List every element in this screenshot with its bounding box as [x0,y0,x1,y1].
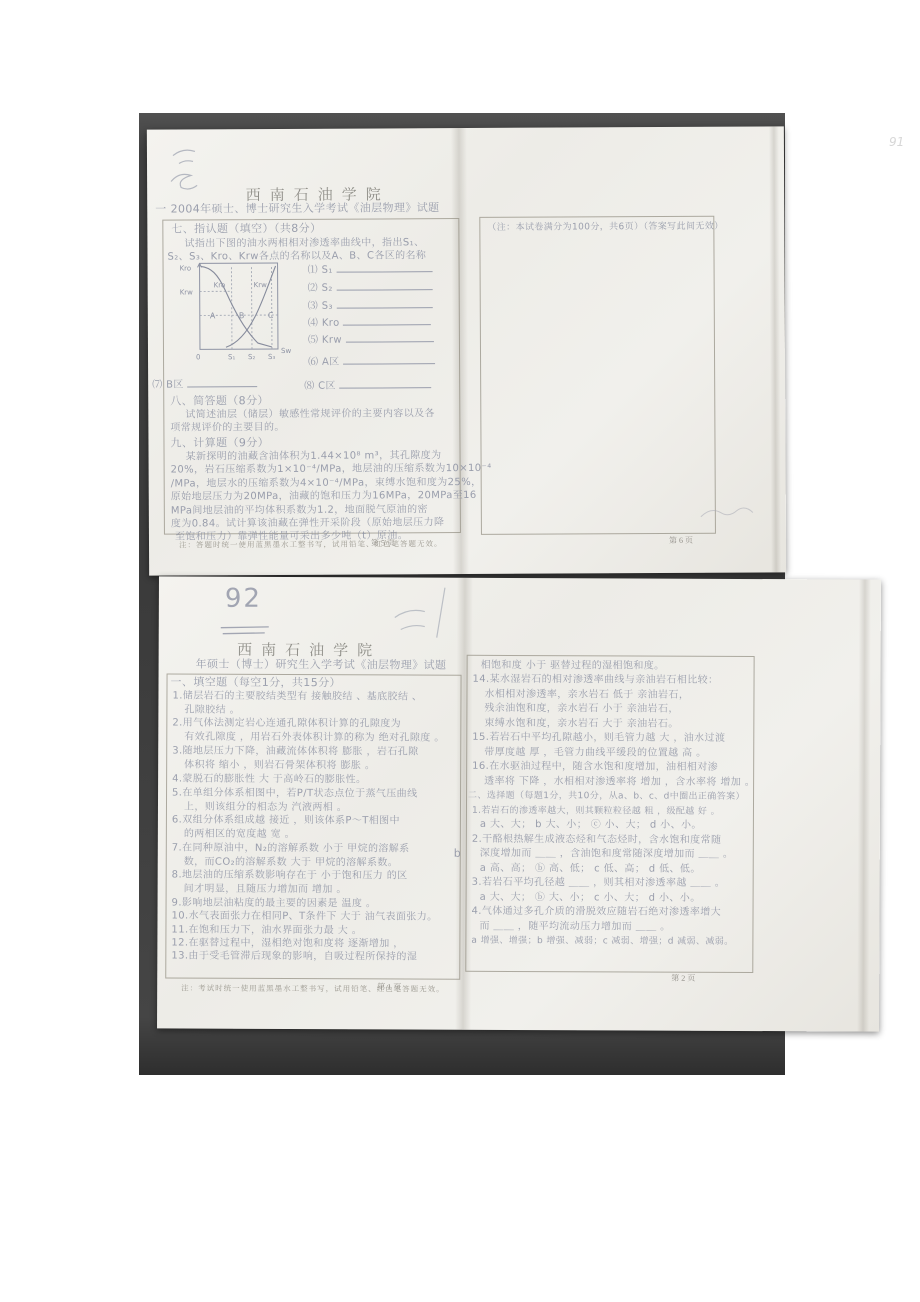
q9-line4: 原始地层压力为20MPa，油藏的饱和压力为16MPa，20MPa至16 [171,490,477,504]
blank-line [340,378,432,388]
choice-line: 2.干酪根热解生成液态烃和气态烃时，含水饱和度常随 [472,834,722,847]
q8-line2: 项常规评价的主要目的。 [170,422,284,435]
fill-line: 间才明显，且随压力增加而 增加 。 [184,884,347,897]
sheet-footer-note: 注：考试时统一使用蓝黑墨水工整书写，试用铅笔、红色笔答题无效。 [181,983,445,995]
q9-line1: 某新探明的油藏含油体积为1.44×10⁸ m³，其孔隙度为 [186,450,442,463]
graph-region-b: B [239,311,245,320]
fill-line: 15.若岩石中平均孔隙越小，则毛管力越 大 ，油水过渡 [472,732,725,745]
relative-permeability-graph: Kro Krw Kro Krw A B C 0 S₁ S₂ S₃ Sw [178,257,305,370]
q9-line5: MPa间地层油的平均体积系数为1.2，地面脱气原油的密 [171,504,428,517]
choice-options: a 高、高； ⓑ 高、低； c 低、高； d 低、低。 [480,863,701,876]
choice-options: a 大、大； ⓑ 大、小； c 小、大； d 小、小。 [480,892,701,905]
scanned-exam-composite: 91 西南石油学院 一 2004年硕士、博士研究生入学考试《油层物理》试题 七、… [0,0,920,1302]
fill-line: 5.在单组分体系相图中，若P/T状态点位于蒸气压曲线 [172,787,418,800]
choice-line: 而 ＿＿ ，随平均流动压力增加而 ＿＿ 。 [479,921,670,934]
graph-x0: 0 [196,353,201,361]
pencil-scribble [385,583,475,643]
graph-xlabel: Sw [281,347,291,355]
choice-line: 3.若岩石平均孔径越 ＿＿ ，则其相对渗透率越 ＿＿ 。 [472,877,726,890]
q8-heading: 八、简答题（8分） [170,395,269,408]
fill-line: 孔隙胶结 。 [184,705,240,717]
exam-subtitle: 年硕士（博士）研究生入学考试《油层物理》试题 [196,659,447,672]
margin-mark: b [454,848,461,860]
right-answer-box [479,216,716,535]
graph-ytick-krw: Krw [180,288,194,296]
graph-region-c: C [268,311,274,320]
graph-xtick-s3: S₃ [268,353,275,361]
fill-line: 水相相对渗透率，亲水岩石 低于 亲油岩石， [484,689,689,702]
blank-line [343,354,435,364]
choice-line: 4.气体通过多孔介质的滑脱效应随岩石绝对渗透率增大 [472,906,722,919]
q9-heading: 九、计算题（9分） [170,437,269,450]
graph-xtick-s1: S₁ [228,353,235,361]
fill-line: 上，则该组分的相态为 汽液两相 。 [184,802,347,815]
fill-line: 相饱和度 小于 驱替过程的湿相饱和度。 [481,660,665,673]
graph-curve-label-kro: Kro [214,281,226,289]
score-mark: 92 [225,593,262,605]
q9-line3: /MPa，地层水的压缩系数为4×10⁻⁴/MPa，束缚水饱和度为25%， [171,477,482,491]
pencil-scribble [697,498,757,528]
fill-line: 带厚度越 厚 ，毛管力曲线平缓段的位置越 高 。 [484,747,706,760]
fill-line: 16.在水驱油过程中，随含水饱和度增加，油相相对渗 [472,761,718,774]
scanned-sheet-top: 西南石油学院 一 2004年硕士、博士研究生入学考试《油层物理》试题 七、指认题… [147,126,786,575]
fill-line: 4.蒙脱石的膨胀性 大 于高岭石的膨胀性。 [172,773,366,786]
graph-curve-label-krw: Krw [254,281,268,289]
fill-line: 9.影响地层油粘度的最主要的因素是 温度 。 [172,897,377,910]
sheet-footer-note: 注：答题时统一使用蓝黑墨水工整书写，试用铅笔、红色笔答题无效。 [179,538,443,550]
blank-line [343,315,431,325]
exam-subtitle: 一 2004年硕士、博士研究生入学考试《油层物理》试题 [155,202,439,215]
blank-line [336,262,432,273]
right-edge-shadow [769,126,781,572]
choice-line: 深度增加而 ＿＿ ，含油饱和度常随深度增加而 ＿＿ 。 [480,848,734,861]
blank-line [346,332,434,342]
blank-line [187,377,257,387]
fill-line: 有效孔隙度 ，用岩石外表体积计算的称为 绝对孔隙度 。 [184,732,444,745]
graph-xtick-s2: S₂ [248,353,255,361]
q9-line2: 20%，岩石压缩系数为1×10⁻⁴/MPa，地层油的压缩系数为10×10⁻⁴ [171,463,492,477]
page-number-1: 第1页 [377,981,403,992]
score-underline [219,625,275,639]
fill-line: 残余油饱和度，亲水岩石 小于 亲油岩石， [484,703,678,716]
scanned-sheet-bottom: 92 西南石油学院 年硕士（博士）研究生入学考试《油层物理》试题 一、填空题（每… [157,576,881,1031]
fill-line: 数，而CO₂的溶解系数 大于 甲烷的溶解系数。 [184,857,398,870]
page-number-5: 第5页 [371,537,397,548]
answer-blank-2: ⑵ S₂ [308,280,433,295]
section1-heading: 一、填空题（每空1分，共15分） [171,676,341,689]
fill-line: 14.某水湿岩石的相对渗透率曲线与亲油岩石相比较： [473,674,719,687]
q7-heading: 七、指认题（填空）（共8分） [171,223,321,236]
fill-line: 6.双组分体系组成越 接近 ，则该体系P～T相图中 [172,814,400,827]
choice-options: a 增强、增强；b 增强、减弱；c 减弱、增强；d 减弱、减弱。 [471,935,733,948]
fill-line: 13.由于受毛管滞后现象的影响，自吸过程所保持的湿 [171,950,417,963]
corner-page-mark: 91 [889,135,904,149]
q7-text-line1: 试指出下图的油水两相相对渗透率曲线中，指出S₁、 [184,237,424,250]
q8-line1: 试简述油层（储层）敏感性常规评价的主要内容以及各 [185,408,435,421]
choice-line: 1.若岩石的渗透率越大，则其颗粒粒径越 粗 ，级配越 好 。 [472,805,720,818]
q9-line6: 度为0.84。试计算该油藏在弹性开采阶段（原始地层压力降 [171,517,445,530]
fill-line: 透率将 下降 ，水相相对渗透率将 增加 ，含水率将 增加 。 [484,776,755,789]
page-number-6: 第6页 [669,535,695,546]
fill-line: 2.用气体法测定岩心连通孔隙体积计算的孔隙度为 [172,717,401,730]
answer-blank-4: ⑷ Kro [308,315,431,330]
fill-line: 8.地层油的压缩系数影响存在于 小于饱和压力 的区 [172,869,408,882]
fill-line: 的两相区的宽度越 宽 。 [184,829,295,841]
fill-line: 1.储层岩石的主要胶结类型有 接触胶结 、基底胶结 、 [172,690,422,703]
fill-line: 12.在驱替过程中，湿相绝对饱和度将 逐渐增加 ， [171,937,403,950]
answer-blank-8: ⑻ C区 [304,378,431,393]
fill-line: 体积将 缩小 ，则岩石骨架体积将 膨胀 。 [184,760,375,773]
blank-line [336,280,432,291]
fill-line: 7.在同种原油中，N₂的溶解系数 小于 甲烷的溶解系 [172,842,410,855]
fill-line: 束缚水饱和度，亲水岩石 大于 亲油岩石。 [484,718,678,731]
section2-heading: 二、选择题（每题1分，共10分，从a、b、c、d中圈出正确答案） [468,790,745,803]
right-edge-shadow [857,579,871,1031]
page-number-2: 第2页 [671,973,697,984]
choice-options: a 大、大； b 大、小； ⓒ 小、大； d 小、小。 [480,819,702,832]
answer-blank-1: ⑴ S₁ [308,262,433,277]
answer-blank-6: ⑹ A区 [308,354,435,369]
fill-line: 10.水气表面张力在相同P、T条件下 大于 油气表面张力。 [171,910,437,923]
answer-blank-3: ⑶ S₃ [308,298,433,313]
answer-blank-7: ⑺ B区 [152,377,257,392]
answer-blank-5: ⑸ Krw [308,332,434,347]
answer-box-note: （注：本试卷满分为100分，共6页）（答案写此间无效） [487,221,723,234]
blank-line [336,298,432,309]
graph-ytick-kro: Kro [180,264,192,272]
fill-line: 11.在饱和压力下，油水界面张力最 大 。 [171,924,362,937]
graph-region-a: A [210,311,216,320]
fill-line: 3.随地层压力下降，油藏流体体积将 膨胀 ，岩石孔隙 [172,745,418,758]
